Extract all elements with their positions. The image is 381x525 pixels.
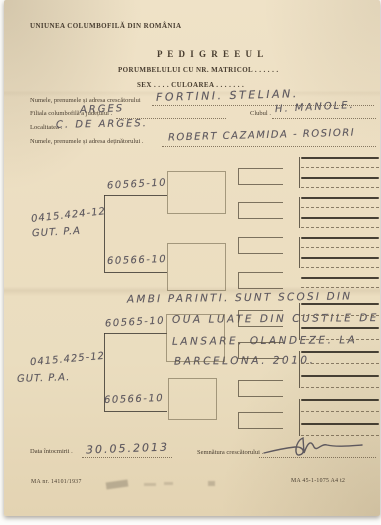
- ancestor-line-bracket: [299, 237, 300, 268]
- ancestor-writing-line: [301, 315, 379, 316]
- breeder-signature: [262, 434, 366, 460]
- form-subtitle: PORUMBELULUI CU NR. MATRICOL . . . . . .: [118, 66, 279, 74]
- ancestor-writing-line: [301, 267, 379, 268]
- ancestor-line-bracket: [299, 197, 300, 228]
- ancestor-writing-line: [301, 177, 379, 179]
- greatgrandparent-bracket: [238, 380, 283, 397]
- holder-label: Numele, prenumele și adresa deținătorulu…: [30, 138, 144, 145]
- mother-dam-ring: 60566-10: [104, 393, 165, 406]
- ancestor-line-bracket: [299, 351, 300, 388]
- scan-smudge: [144, 483, 156, 486]
- ancestor-line-bracket: [299, 399, 300, 436]
- form-code-left: MA nr. 14101/1937: [31, 479, 82, 485]
- holder-value: ROBERT CAZAMIDA - ROSIORI: [168, 128, 355, 144]
- date-leader: [82, 457, 172, 458]
- father-sire-ring: 60565-10: [107, 177, 168, 191]
- ancestor-writing-line: [301, 399, 379, 401]
- date-value: 30.05.2013: [86, 441, 169, 457]
- grandparent-box: [166, 314, 225, 362]
- ancestor-writing-line: [301, 303, 379, 305]
- ancestor-writing-line: [301, 287, 379, 288]
- ancestor-writing-line: [301, 217, 379, 219]
- scan-smudge: [164, 482, 173, 485]
- branch-value: ARGES: [80, 103, 125, 116]
- grandparent-box: [167, 171, 226, 214]
- holder-leader: [162, 146, 376, 147]
- grandparent-box: [168, 378, 217, 420]
- mother-strain: GUT. P.A.: [17, 372, 71, 385]
- greatgrandparent-bracket: [238, 168, 283, 185]
- ancestor-writing-line: [301, 411, 379, 412]
- ancestor-writing-line: [301, 339, 379, 340]
- breeder-value: FORTINI. STELIAN.: [156, 87, 299, 104]
- org-name: UNIUNEA COLUMBOFILĂ DIN ROMÂNIA: [30, 22, 181, 30]
- ancestor-writing-line: [301, 247, 379, 248]
- greatgrandparent-bracket: [238, 412, 283, 429]
- ancestor-writing-line: [301, 207, 379, 208]
- ancestor-writing-line: [301, 197, 379, 199]
- ancestor-writing-line: [301, 363, 379, 364]
- scan-smudge: [208, 481, 215, 486]
- ancestor-line-bracket: [299, 157, 300, 188]
- greatgrandparent-bracket: [238, 310, 283, 327]
- club-label: Clubul .: [250, 110, 271, 117]
- ancestor-writing-line: [301, 277, 379, 279]
- greatgrandparent-bracket: [238, 342, 283, 359]
- ancestor-writing-line: [301, 187, 379, 188]
- father-dam-ring: 60566-10: [107, 254, 168, 267]
- father-bracket-line: [104, 195, 105, 272]
- ancestor-writing-line: [301, 167, 379, 168]
- scan-smudge: [106, 480, 129, 490]
- locality-value: C. DE ARGES.: [56, 118, 148, 131]
- father-dam-line: [104, 272, 167, 273]
- ancestor-writing-line: [301, 237, 379, 239]
- ancestor-writing-line: [301, 227, 379, 228]
- father-ring: 0415.424-12: [31, 206, 107, 225]
- father-strain: GUT. P.A: [32, 226, 82, 240]
- greatgrandparent-bracket: [238, 202, 283, 219]
- ancestor-writing-line: [301, 157, 379, 159]
- mother-dam-line: [104, 411, 167, 412]
- mother-ring: 0415.425-12: [30, 351, 106, 369]
- club-leader: [272, 118, 376, 119]
- ancestor-writing-line: [301, 387, 379, 388]
- greatgrandparent-bracket: [238, 272, 283, 289]
- form-title: P E D I G R E E U L: [157, 49, 265, 59]
- ancestor-writing-line: [301, 257, 379, 259]
- form-code-right: MA 45-1-1075 A4 t2: [291, 478, 345, 484]
- date-label: Data întocmirii .: [30, 448, 73, 455]
- ancestor-writing-line: [301, 327, 379, 329]
- grandparent-box: [167, 243, 226, 291]
- ancestor-writing-line: [301, 351, 379, 353]
- mother-sire-line: [104, 333, 167, 334]
- club-value: H. MANOLE.: [275, 100, 355, 115]
- ancestor-writing-line: [301, 423, 379, 425]
- sex-culoarea-line: SEX . . . . CULOAREA . . . . . . .: [137, 81, 244, 89]
- ancestor-writing-line: [301, 375, 379, 377]
- greatgrandparent-bracket: [238, 237, 283, 254]
- mother-sire-ring: 60565-10: [105, 315, 166, 329]
- scanned-pedigree-document: UNIUNEA COLUMBOFILĂ DIN ROMÂNIA P E D I …: [4, 0, 380, 516]
- ancestor-line-bracket: [299, 303, 300, 340]
- signature-label: Semnătura crescătorului .: [197, 449, 263, 456]
- father-sire-line: [104, 195, 167, 196]
